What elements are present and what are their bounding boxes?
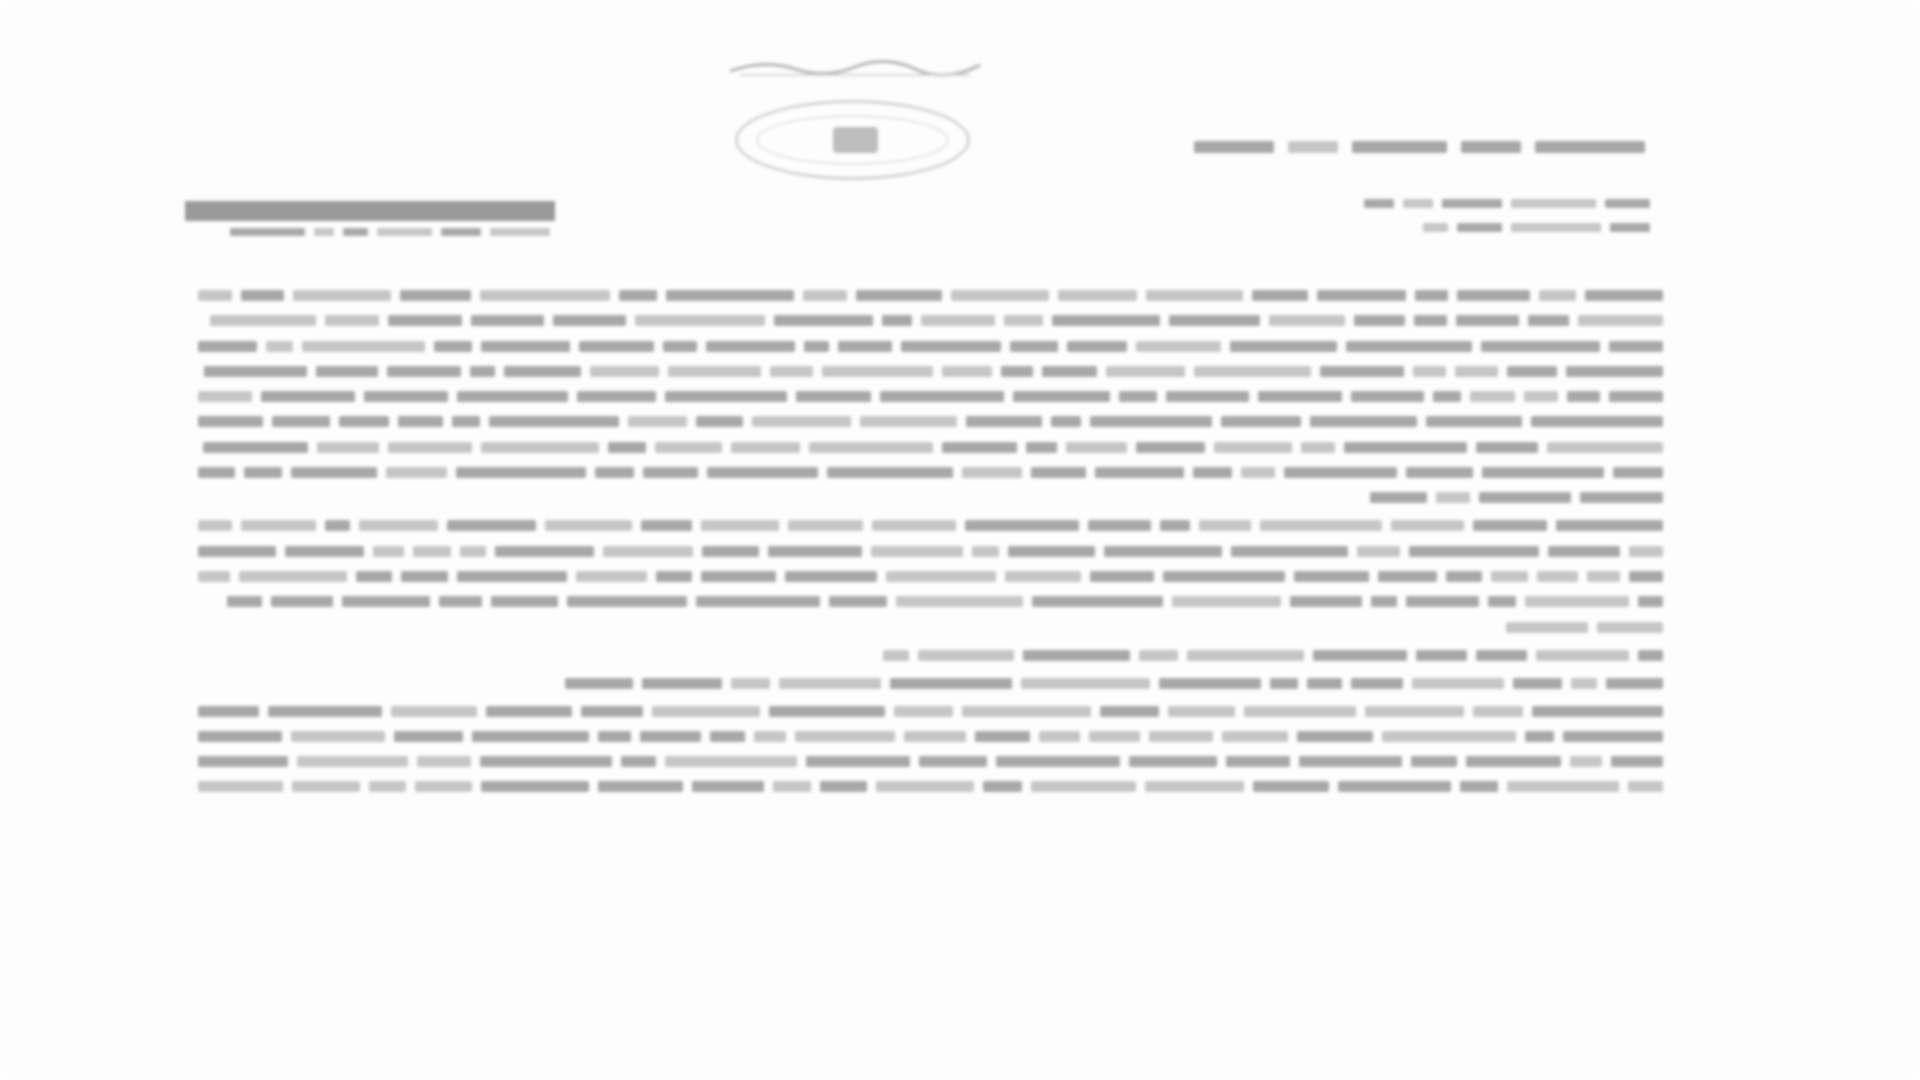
paragraph: [illegible Arabic line] xyxy=(198,647,1663,665)
paragraph: [illegible Arabic paragraph] xyxy=(198,703,1663,797)
text-line xyxy=(198,593,1663,611)
text-line xyxy=(198,517,1663,535)
document-meta: [illegible — number / reference line] [i… xyxy=(1180,196,1650,244)
text-line xyxy=(198,703,1663,721)
text-line xyxy=(198,778,1663,796)
meta-number-line: [illegible — number / reference line] xyxy=(1180,196,1650,210)
text-line xyxy=(198,312,1663,330)
text-line xyxy=(198,363,1663,381)
paragraph: [illegible Arabic paragraph] xyxy=(198,287,1663,507)
text-line xyxy=(198,413,1663,431)
text-line xyxy=(198,647,1663,665)
text-line xyxy=(198,728,1663,746)
document-body: [illegible Arabic paragraph][illegible A… xyxy=(198,287,1663,806)
text-line xyxy=(198,338,1663,356)
scanned-document-page: [illegible Arabic calligraphic heading] … xyxy=(0,0,1920,1080)
text-line xyxy=(198,543,1663,561)
organization-title: [illegible Arabic organization name] xyxy=(1200,135,1645,159)
text-line xyxy=(198,287,1663,305)
paragraph: [illegible Arabic line] xyxy=(198,675,1663,693)
reference-line: [illegible reference line with numbers] xyxy=(220,226,550,240)
text-line xyxy=(198,753,1663,771)
text-line xyxy=(198,388,1663,406)
text-line xyxy=(198,568,1663,586)
text-line xyxy=(198,675,1663,693)
emblem-core xyxy=(833,127,878,153)
text-line xyxy=(198,439,1663,457)
document-tagline: [illegible Arabic calligraphic heading] xyxy=(725,55,985,79)
text-line xyxy=(198,489,1663,507)
paragraph: [illegible Arabic paragraph] xyxy=(198,517,1663,636)
text-line xyxy=(198,464,1663,482)
seal-emblem-icon xyxy=(735,100,970,180)
meta-date-line: [illegible — date line] xyxy=(1180,220,1650,234)
text-line xyxy=(198,619,1663,637)
redacted-block: [redacted / heavily obscured text] xyxy=(185,201,555,221)
